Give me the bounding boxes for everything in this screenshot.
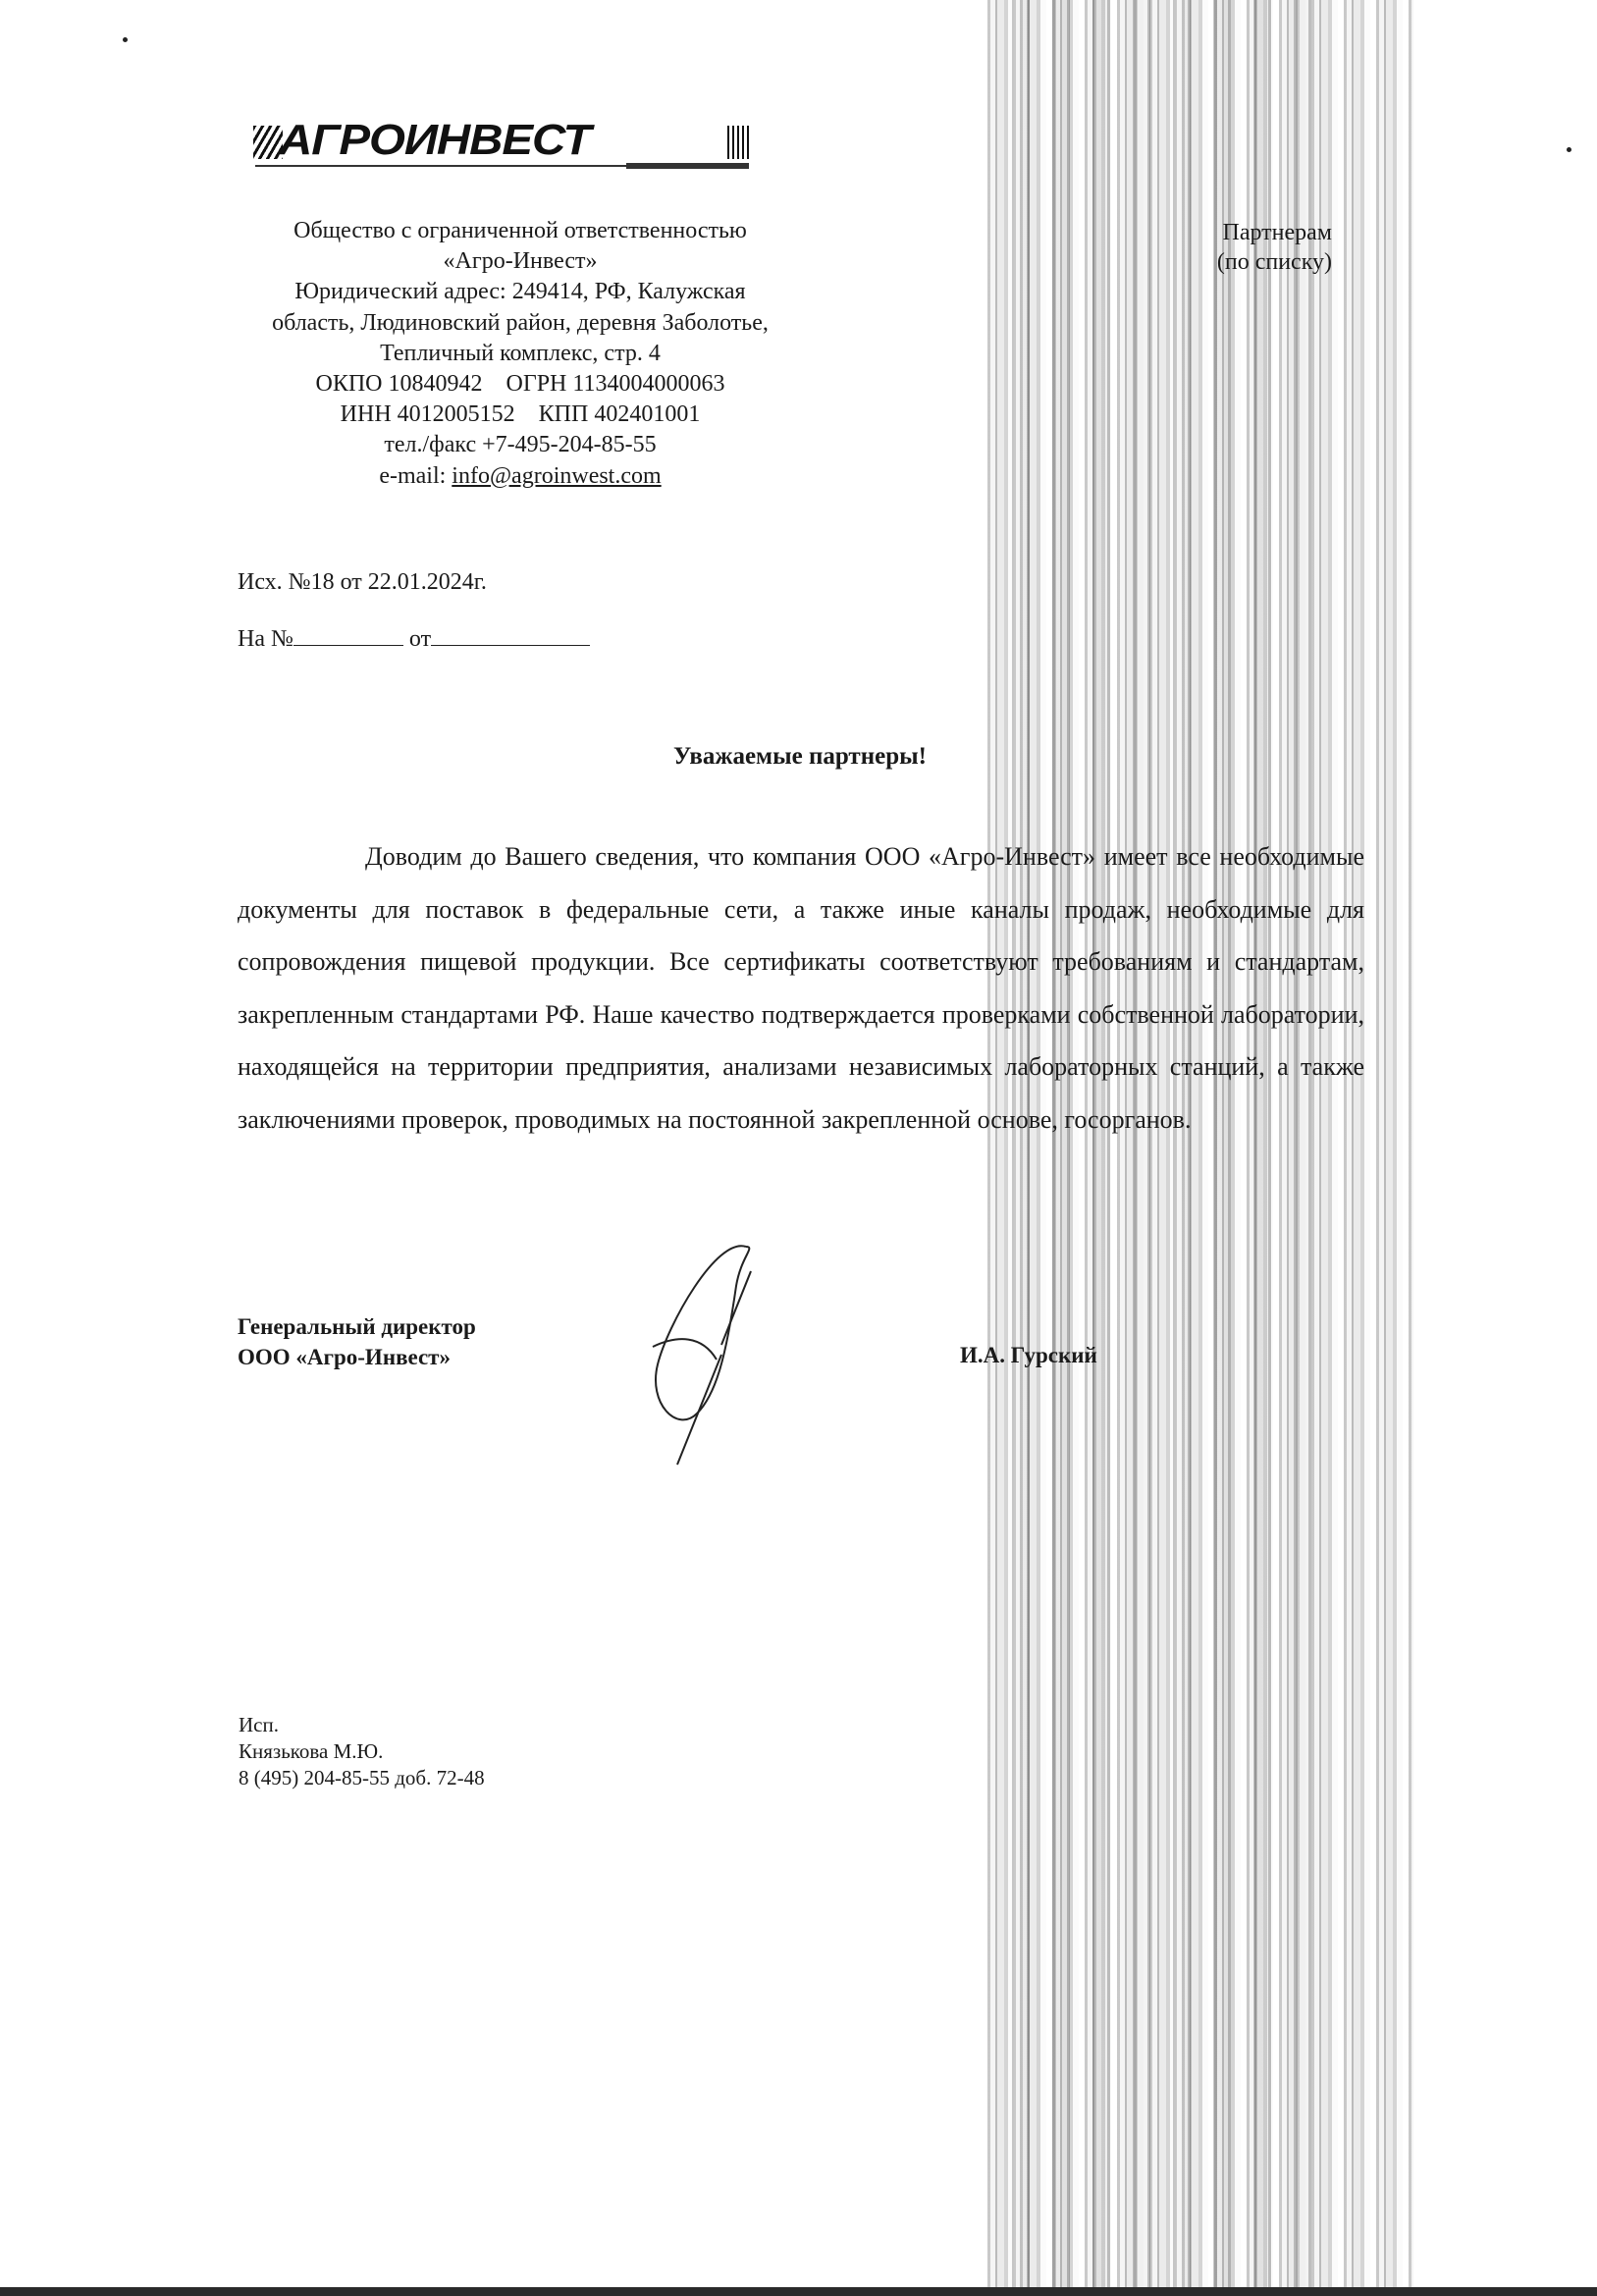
salutation: Уважаемые партнеры! — [236, 743, 1364, 771]
email-link[interactable]: info@agroinwest.com — [452, 463, 661, 489]
company-address: область, Людиновский район, деревня Забо… — [236, 308, 805, 339]
incoming-date-label: от — [409, 626, 431, 652]
email-label: e-mail: — [379, 463, 452, 489]
incoming-reference: На № от — [238, 625, 590, 653]
logo-text: АГРОИНВЕСТ — [279, 116, 590, 165]
company-address: Тепличный комплекс, стр. 4 — [236, 339, 805, 369]
company-line: Общество с ограниченной ответственностью — [236, 216, 805, 246]
okpo: ОКПО 10840942 — [315, 371, 482, 397]
incoming-number-label: На № — [238, 626, 293, 652]
incoming-date-blank — [431, 625, 590, 646]
executor-name: Князькова М.Ю. — [239, 1738, 485, 1765]
body-paragraph: Доводим до Вашего сведения, что компания… — [238, 830, 1364, 1146]
logo-tagline-bar — [626, 163, 749, 169]
company-name: «Агро-Инвест» — [236, 246, 805, 277]
incoming-number-blank — [293, 625, 403, 646]
company-details: Общество с ограниченной ответственностью… — [236, 216, 805, 492]
ogrn: ОГРН 1134004000063 — [506, 371, 725, 397]
kpp: КПП 402401001 — [539, 401, 701, 427]
addressee-line: Партнерам — [1217, 218, 1332, 247]
addressee: Партнерам (по списку) — [1217, 218, 1332, 277]
handwritten-signature-icon — [648, 1237, 775, 1472]
letter-body: Доводим до Вашего сведения, что компания… — [238, 830, 1364, 1146]
signatory-title: Генеральный директор ООО «Агро-Инвест» — [238, 1311, 476, 1372]
signatory-position: Генеральный директор — [238, 1311, 476, 1342]
company-codes: ОКПО 10840942 ОГРН 1134004000063 — [236, 369, 805, 400]
company-logo: АГРОИНВЕСТ — [253, 120, 749, 171]
outgoing-reference: Исх. №18 от 22.01.2024г. — [238, 569, 487, 596]
letter-page: АГРОИНВЕСТ Общество с ограниченной ответ… — [0, 0, 1597, 2296]
addressee-line: (по списку) — [1217, 247, 1332, 277]
signatory-company: ООО «Агро-Инвест» — [238, 1342, 476, 1372]
executor-label: Исп. — [239, 1712, 485, 1738]
scan-speck — [1567, 147, 1571, 152]
company-phone: тел./факс +7-495-204-85-55 — [236, 430, 805, 460]
logo-stripes-icon — [727, 126, 749, 159]
inn: ИНН 4012005152 — [341, 401, 515, 427]
signer-name: И.А. Гурский — [960, 1343, 1097, 1368]
scan-speck — [123, 37, 128, 42]
company-address: Юридический адрес: 249414, РФ, Калужская — [236, 277, 805, 307]
executor-phone: 8 (495) 204-85-55 доб. 72-48 — [239, 1765, 485, 1791]
company-email-row: e-mail: info@agroinwest.com — [236, 461, 805, 492]
executor-info: Исп. Князькова М.Ю. 8 (495) 204-85-55 до… — [239, 1712, 485, 1791]
company-tax-codes: ИНН 4012005152 КПП 402401001 — [236, 400, 805, 430]
